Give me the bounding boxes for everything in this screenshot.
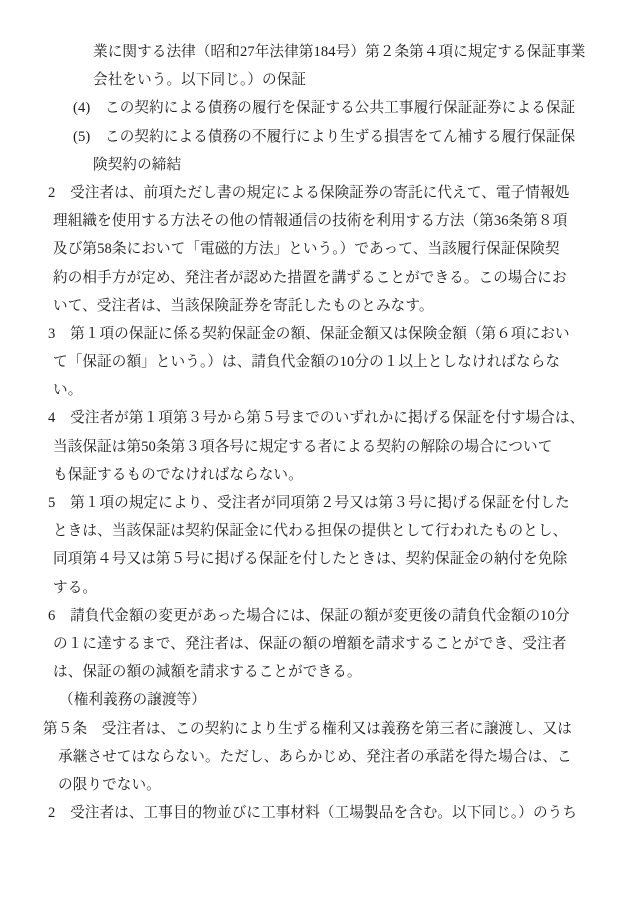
- text-line: て「保証の額」という。）は、請負代金額の10分の１以上としなければならな: [0, 348, 630, 376]
- text-line: いて、受注者は、当該保険証券を寄託したものとみなす。: [0, 292, 630, 320]
- text-line: ときは、当該保証は契約保証金に代わる担保の提供として行われたものとし、: [0, 517, 630, 545]
- text-line: は、保証の額の減額を請求することができる。: [0, 658, 630, 686]
- text-line: 3 第１項の保証に係る契約保証金の額、保証金額又は保険金額（第６項におい: [0, 320, 630, 348]
- text-line: の限りでない。: [0, 771, 630, 799]
- text-line: の１に達するまで、発注者は、保証の額の増額を請求することができ、受注者: [0, 630, 630, 658]
- text-line: も保証するものでなければならない。: [0, 461, 630, 489]
- text-line: 第５条 受注者は、この契約により生ずる権利又は義務を第三者に譲渡し、又は: [0, 715, 630, 743]
- text-line: 2 受注者は、工事目的物並びに工事材料（工場製品を含む。以下同じ。）のうち: [0, 799, 630, 827]
- text-line: 業に関する法律（昭和27年法律第184号）第２条第４項に規定する保証事業: [0, 38, 630, 66]
- text-line: 当該保証は第50条第３項各号に規定する者による契約の解除の場合について: [0, 433, 630, 461]
- text-line: 理組織を使用する方法その他の情報通信の技術を利用する方法（第36条第８項: [0, 207, 630, 235]
- text-line: 承継させてはならない。ただし、あらかじめ、発注者の承諾を得た場合は、こ: [0, 743, 630, 771]
- text-line: 5 第１項の規定により、受注者が同項第２号又は第３号に掲げる保証を付した: [0, 489, 630, 517]
- text-line: する。: [0, 574, 630, 602]
- text-line: (5) この契約による債務の不履行により生ずる損害をてん補する履行保証保: [0, 123, 630, 151]
- text-line: （権利義務の譲渡等）: [0, 686, 630, 714]
- text-line: 及び第58条において「電磁的方法」という。）であって、当該履行保証保険契: [0, 235, 630, 263]
- document-body: 業に関する法律（昭和27年法律第184号）第２条第４項に規定する保証事業会社をい…: [0, 38, 630, 827]
- text-line: 険契約の締結: [0, 151, 630, 179]
- document-page: 業に関する法律（昭和27年法律第184号）第２条第４項に規定する保証事業会社をい…: [0, 0, 630, 903]
- text-line: 6 請負代金額の変更があった場合には、保証の額が変更後の請負代金額の10分: [0, 602, 630, 630]
- text-line: 約の相手方が定め、発注者が認めた措置を講ずることができる。この場合にお: [0, 264, 630, 292]
- text-line: 4 受注者が第１項第３号から第５号までのいずれかに掲げる保証を付す場合は、: [0, 404, 630, 432]
- text-line: (4) この契約による債務の履行を保証する公共工事履行保証証券による保証: [0, 94, 630, 122]
- text-line: い。: [0, 376, 630, 404]
- text-line: 会社をいう。以下同じ。）の保証: [0, 66, 630, 94]
- text-line: 同項第４号又は第５号に掲げる保証を付したときは、契約保証金の納付を免除: [0, 545, 630, 573]
- text-line: 2 受注者は、前項ただし書の規定による保険証券の寄託に代えて、電子情報処: [0, 179, 630, 207]
